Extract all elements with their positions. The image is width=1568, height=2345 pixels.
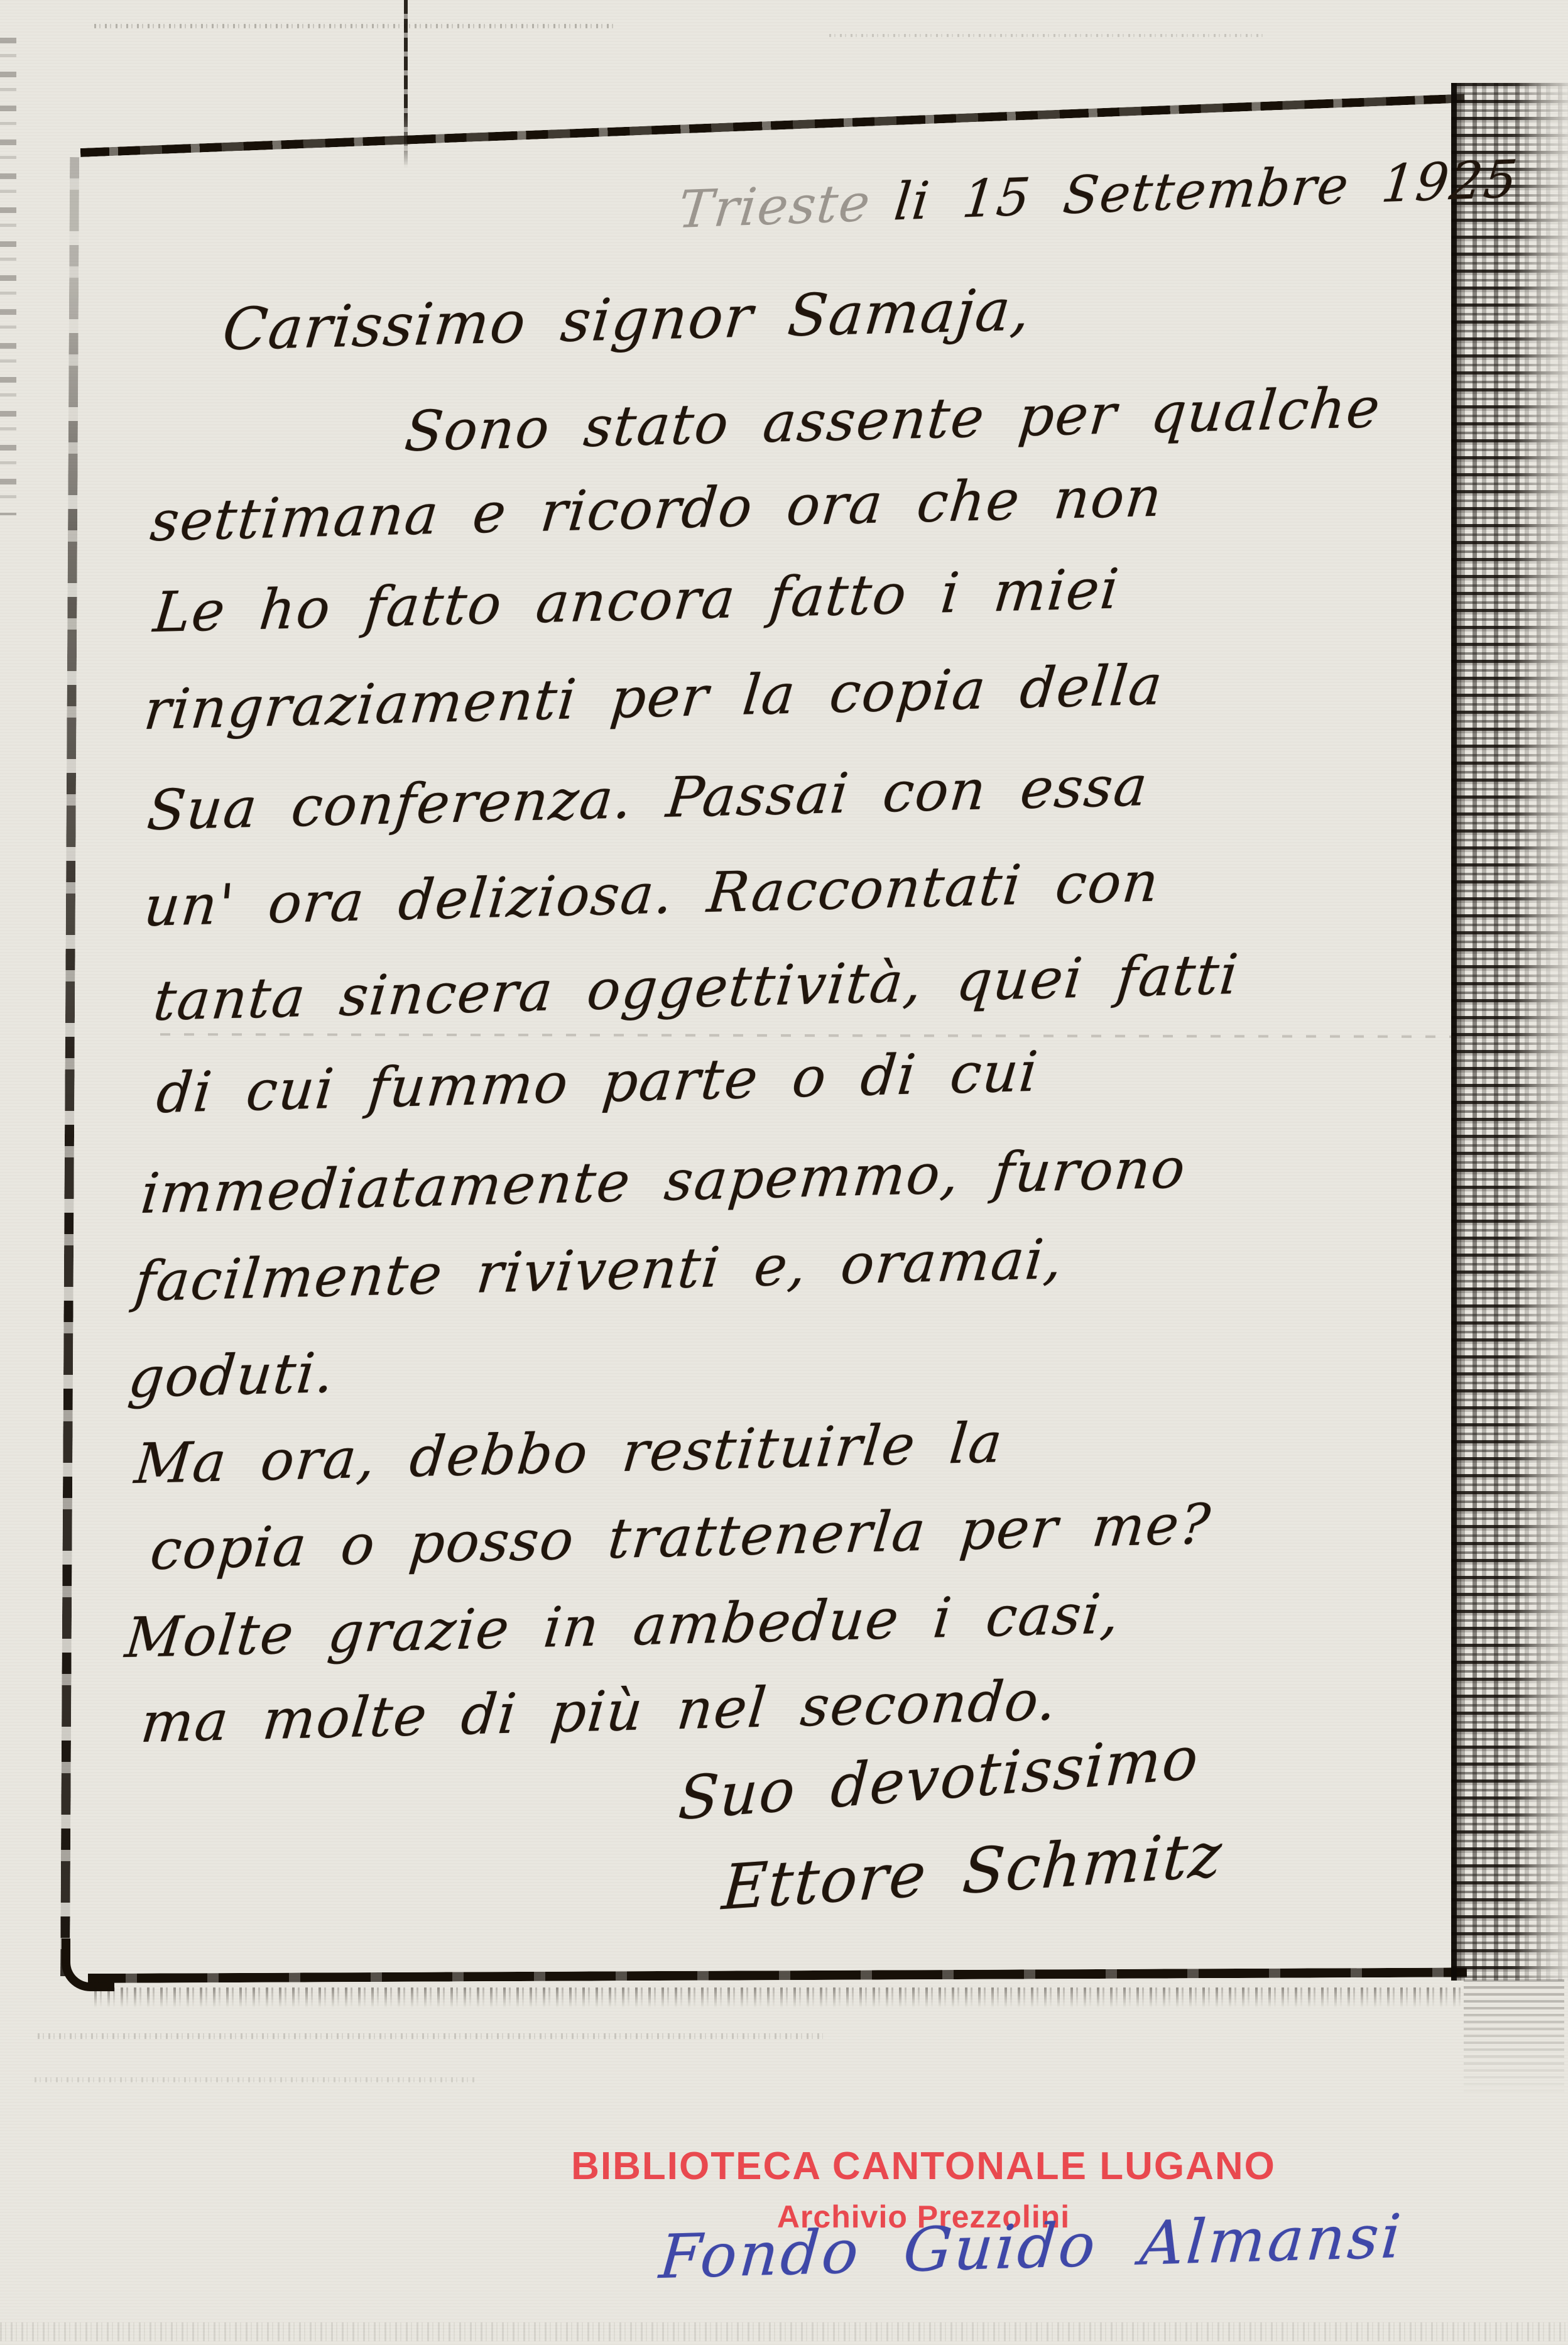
letter-line: Ma ora, debbo restituirle la (132, 1408, 1006, 1499)
salutation: Carissimo signor Samaja, (220, 275, 1035, 364)
date-text: li 15 Settembre 1925 (891, 150, 1521, 232)
letter-line: immediatamente sapemmo, furono (138, 1134, 1190, 1228)
scanned-letter-page: { "letter": { "date_place": "Trieste", "… (0, 0, 1568, 2345)
scan-noise-band (829, 34, 1263, 37)
letter-line: un' ora deliziosa. Raccontati con (141, 847, 1163, 941)
date-line: Triesteli 15 Settembre 1925 (675, 145, 1522, 245)
letter-line: tanta sincera oggettività, quei fatti (151, 940, 1243, 1036)
scan-noise-band (0, 2322, 1568, 2341)
signature-line: Ettore Schmitz (720, 1820, 1225, 1923)
letter-line: copia o posso trattenerla per me? (148, 1490, 1214, 1585)
scan-fold-crease (160, 1033, 1454, 1038)
stamp-title: BIBLIOTECA CANTONALE LUGANO (503, 2144, 1344, 2189)
letter-line: ma molte di più nel secondo. (138, 1666, 1061, 1757)
scan-right-edge-column (1451, 83, 1568, 1981)
scan-bottom-border (88, 1967, 1467, 1983)
scan-bottom-speckles (94, 1987, 1464, 2011)
letter-line: Sua conferenza. Passai con essa (144, 752, 1151, 845)
date-place: Trieste (675, 173, 874, 241)
letter-line: goduti. (126, 1338, 339, 1413)
letter-line: Le ho fatto ancora fatto i miei (151, 554, 1123, 647)
scan-corner-bottom-left (62, 1938, 114, 1991)
scan-noise-band (38, 2033, 823, 2039)
letter-line: settimana e ricordo ora che non (148, 462, 1166, 556)
scan-left-border (60, 157, 79, 1976)
letter-line: di cui fummo parte o di cui (154, 1037, 1042, 1129)
letter-line: ringraziamenti per la copia della (141, 650, 1167, 745)
scan-right-edge-tail (1464, 1979, 1564, 2099)
letter-line: Sono stato assente per qualche (402, 373, 1385, 466)
scan-noise-band (0, 38, 16, 515)
scan-noise-band (94, 24, 616, 28)
letter-line: facilmente riviventi e, oramai, (132, 1225, 1067, 1316)
scan-top-border (80, 94, 1465, 157)
letter-line: Molte grazie in ambedue i casi, (122, 1579, 1124, 1673)
scan-noise-band (35, 2077, 474, 2082)
